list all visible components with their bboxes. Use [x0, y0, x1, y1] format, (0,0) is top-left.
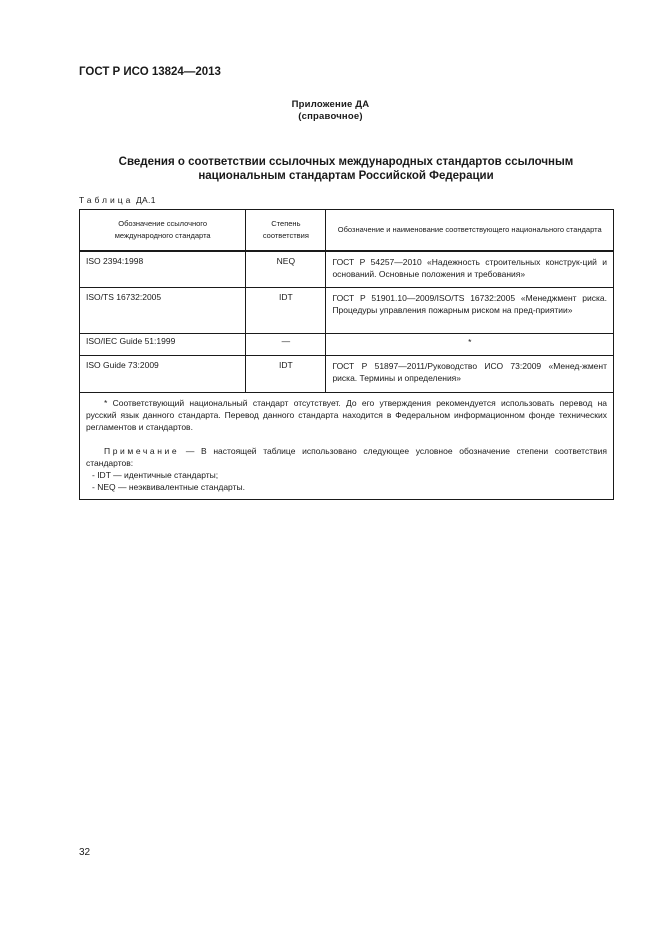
national-standard: ГОСТ Р 54257—2010 «Надежность строительн…	[326, 251, 614, 288]
footnote: * Соответствующий национальный стандарт …	[86, 397, 607, 433]
table-notes-row: * Соответствующий национальный стандарт …	[80, 393, 614, 500]
page-number: 32	[79, 847, 90, 858]
legend-item-neq: - NEQ — неэквивалентные стандарты.	[92, 481, 607, 493]
legend-item-idt: - IDT — идентичные стандарты;	[92, 469, 607, 481]
table-label-word: Таблица	[79, 195, 133, 205]
note-label: Примечание	[104, 446, 179, 456]
international-code: ISO/TS 16732:2005	[80, 288, 246, 334]
degree-of-correspondence: IDT	[246, 288, 326, 334]
table-row: ISO/TS 16732:2005 IDT ГОСТ Р 51901.10—20…	[80, 288, 614, 334]
column-header-international: Обозначение ссылочного международного ст…	[80, 210, 246, 252]
table-row: ISO/IEC Guide 51:1999 — *	[80, 334, 614, 356]
table-label: Таблица ДА.1	[79, 195, 156, 205]
degree-of-correspondence: —	[246, 334, 326, 356]
note: Примечание — В настоящей таблице использ…	[86, 445, 607, 469]
international-code: ISO/IEC Guide 51:1999	[80, 334, 246, 356]
table-row: ISO 2394:1998 NEQ ГОСТ Р 54257—2010 «Над…	[80, 251, 614, 288]
correspondence-table: Обозначение ссылочного международного ст…	[79, 209, 614, 500]
annex-subtitle: (справочное)	[0, 111, 661, 123]
annex-title: Приложение ДА	[0, 99, 661, 111]
degree-of-correspondence: IDT	[246, 356, 326, 393]
national-standard: ГОСТ Р 51897—2011/Руководство ИСО 73:200…	[326, 356, 614, 393]
international-code: ISO 2394:1998	[80, 251, 246, 288]
degree-of-correspondence: NEQ	[246, 251, 326, 288]
table-header-row: Обозначение ссылочного международного ст…	[80, 210, 614, 252]
column-header-national: Обозначение и наименование соответствующ…	[326, 210, 614, 252]
national-standard: ГОСТ Р 51901.10—2009/ISO/TS 16732:2005 «…	[326, 288, 614, 334]
table-label-number: ДА.1	[136, 195, 156, 205]
annex-heading: Приложение ДА (справочное)	[0, 99, 661, 123]
table-row: ISO Guide 73:2009 IDT ГОСТ Р 51897—2011/…	[80, 356, 614, 393]
table-notes: * Соответствующий национальный стандарт …	[80, 393, 614, 500]
international-code: ISO Guide 73:2009	[80, 356, 246, 393]
section-title: Сведения о соответствии ссылочных междун…	[79, 155, 613, 183]
document-id: ГОСТ Р ИСО 13824—2013	[79, 66, 221, 78]
national-standard: *	[326, 334, 614, 356]
column-header-degree: Степень соответствия	[246, 210, 326, 252]
